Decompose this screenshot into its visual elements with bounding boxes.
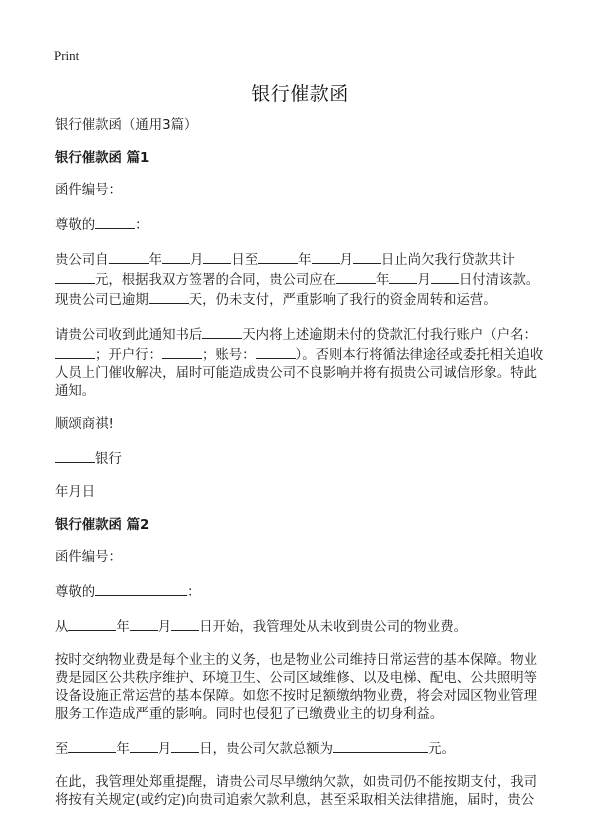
article1-closing: 顺颂商祺! <box>55 416 545 434</box>
text: 贵公司自 <box>55 253 109 268</box>
blank-field <box>68 617 116 631</box>
article2-letter-number: 函件编号： <box>55 549 545 567</box>
blank-field <box>95 215 135 229</box>
text: 月 <box>340 253 353 268</box>
article1-letter-number: 函件编号： <box>55 182 545 200</box>
text: 年 <box>149 253 162 268</box>
blank-field <box>55 449 95 463</box>
blank-field <box>171 617 199 631</box>
salutation-prefix: 尊敬的 <box>55 585 95 600</box>
article2-paragraph-4: 在此，我管理处郑重提醒，请贵公司尽早缴纳欠款，如贵司仍不能按期支付，我司将按有关… <box>55 774 545 810</box>
document-subtitle: 银行催款函（通用3篇） <box>55 117 545 135</box>
text: 月 <box>158 742 171 757</box>
text: 年 <box>298 253 311 268</box>
article2-paragraph-3: 至年月日，贵公司欠款总额为元。 <box>55 739 545 759</box>
blank-field <box>431 270 459 284</box>
article2-paragraph-2: 按时交纳物业费是每个业主的义务，也是物业公司维持日常运营的基本保障。物业费是园区… <box>55 652 545 724</box>
blank-field <box>130 617 158 631</box>
text: 月 <box>417 273 430 288</box>
text: 天内将上述逾期未付的贷款汇付我行账户（户名： <box>242 328 537 343</box>
blank-field <box>162 345 202 359</box>
blank-field <box>312 250 340 264</box>
text: 日开始，我管理处从未收到贵公司的物业费。 <box>199 620 467 635</box>
article2-paragraph-1: 从年月日开始，我管理处从未收到贵公司的物业费。 <box>55 617 545 637</box>
text: 元。 <box>428 742 455 757</box>
text: ；开户行： <box>95 348 162 363</box>
blank-field <box>258 250 298 264</box>
blank-field <box>171 739 199 753</box>
blank-field <box>256 345 296 359</box>
text: ；账号： <box>202 348 256 363</box>
text: 天，仍未支付，严重影响了我行的资金周转和运营。 <box>189 293 497 308</box>
blank-field <box>333 739 428 753</box>
text: 现贵公司已逾期 <box>55 293 149 308</box>
blank-field <box>389 270 417 284</box>
article2-heading: 银行催款函 篇2 <box>55 517 545 535</box>
text: 日付清该款。 <box>459 273 539 288</box>
blank-field <box>109 250 149 264</box>
blank-field <box>68 739 116 753</box>
blank-field <box>55 345 95 359</box>
print-link[interactable]: Print <box>54 48 79 64</box>
salutation-suffix: ： <box>187 585 200 600</box>
text: 月 <box>190 253 203 268</box>
article1-paragraph-1: 贵公司自年月日至年月日止尚欠我行贷款共计元，根据我双方签署的合同，贵公司应在年月… <box>55 250 545 310</box>
article1-salutation: 尊敬的： <box>55 215 545 235</box>
article1-paragraph-2: 请贵公司收到此通知书后天内将上述逾期未付的贷款汇付我行账户（户名：；开户行：；账… <box>55 325 545 401</box>
text: 日，贵公司欠款总额为 <box>199 742 333 757</box>
blank-field <box>203 250 231 264</box>
article1-signature: 银行 <box>55 449 545 469</box>
text: 至 <box>55 742 68 757</box>
text: 年 <box>116 620 129 635</box>
salutation-suffix: ： <box>135 218 148 233</box>
article1-date: 年月日 <box>55 484 545 502</box>
article1-heading: 银行催款函 篇1 <box>55 150 545 168</box>
text: 日止尚欠我行贷款共计 <box>381 253 515 268</box>
text: 日至 <box>231 253 258 268</box>
text: 元，根据我双方签署的合同，贵公司应在 <box>95 273 336 288</box>
blank-field <box>162 250 190 264</box>
blank-field <box>95 582 187 596</box>
blank-field <box>149 290 189 304</box>
text: 年 <box>116 742 129 757</box>
text: 月 <box>158 620 171 635</box>
blank-field <box>202 325 242 339</box>
text: 从 <box>55 620 68 635</box>
blank-field <box>130 739 158 753</box>
page-title: 银行催款函 <box>0 79 600 106</box>
article2-salutation: 尊敬的： <box>55 582 545 602</box>
blank-field <box>336 270 376 284</box>
document-body: 银行催款函（通用3篇） 银行催款函 篇1 函件编号： 尊敬的： 贵公司自年月日至… <box>55 117 545 810</box>
blank-field <box>353 250 381 264</box>
document-page: Print 银行催款函 银行催款函（通用3篇） 银行催款函 篇1 函件编号： 尊… <box>0 0 600 828</box>
text: 银行 <box>95 452 122 467</box>
text: 年 <box>376 273 389 288</box>
blank-field <box>55 270 95 284</box>
salutation-prefix: 尊敬的 <box>55 218 95 233</box>
text: 请贵公司收到此通知书后 <box>55 328 202 343</box>
